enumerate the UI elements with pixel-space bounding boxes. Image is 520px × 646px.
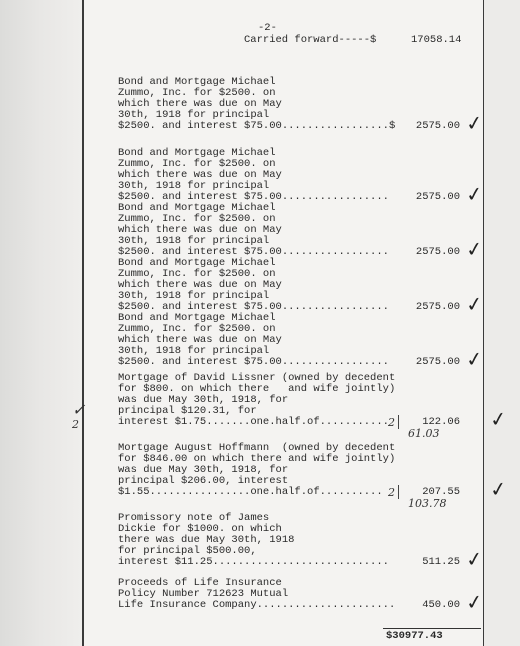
- check-mark-icon: ✓: [465, 293, 484, 315]
- total-rule: [383, 628, 481, 629]
- carried-forward-amount: 17058.14: [411, 35, 461, 46]
- entry-line: interest $11.25.........................…: [118, 557, 389, 568]
- entry-line: interest $1.75.......one.half.of........…: [118, 417, 389, 428]
- entry-amount: 2575.00: [380, 302, 460, 313]
- handwritten-half-amount: 103.78: [408, 497, 447, 510]
- margin-note: 2: [72, 418, 79, 431]
- check-mark-icon: ✓: [465, 112, 484, 134]
- margin-check-mark: ✓: [72, 400, 85, 419]
- entry-amount: 450.00: [380, 600, 460, 611]
- entry-amount: 2575.00: [380, 192, 460, 203]
- entry-amount: 2575.00: [380, 357, 460, 368]
- check-mark-icon: ✓: [489, 478, 508, 500]
- check-mark-icon: ✓: [465, 348, 484, 370]
- carried-forward-label: Carried forward-----$: [244, 35, 376, 46]
- entry-line: $1.55................one.half.of........…: [118, 487, 383, 498]
- handwritten-divisor: 2: [388, 486, 395, 499]
- page-number: -2-: [258, 23, 277, 34]
- entry-line: $2500. and interest $75.00..............…: [118, 121, 395, 132]
- entry-amount: 511.25: [380, 557, 460, 568]
- division-bracket: [398, 485, 399, 499]
- check-mark-icon: ✓: [489, 408, 508, 430]
- check-mark-icon: ✓: [465, 238, 484, 260]
- division-bracket: [398, 415, 399, 429]
- ledger-page: -2- Carried forward-----$ 17058.14 Bond …: [0, 0, 520, 646]
- check-mark-icon: ✓: [465, 548, 484, 570]
- entry-amount: 2575.00: [380, 247, 460, 258]
- handwritten-half-amount: 61.03: [408, 427, 440, 440]
- handwritten-divisor: 2: [388, 416, 395, 429]
- entry-line: Life Insurance Company..................…: [118, 600, 395, 611]
- entry-line: $2500. and interest $75.00..............…: [118, 357, 389, 368]
- check-mark-icon: ✓: [465, 183, 484, 205]
- entry-amount: 2575.00: [380, 121, 460, 132]
- total-amount: $30977.43: [386, 631, 443, 642]
- check-mark-icon: ✓: [465, 591, 484, 613]
